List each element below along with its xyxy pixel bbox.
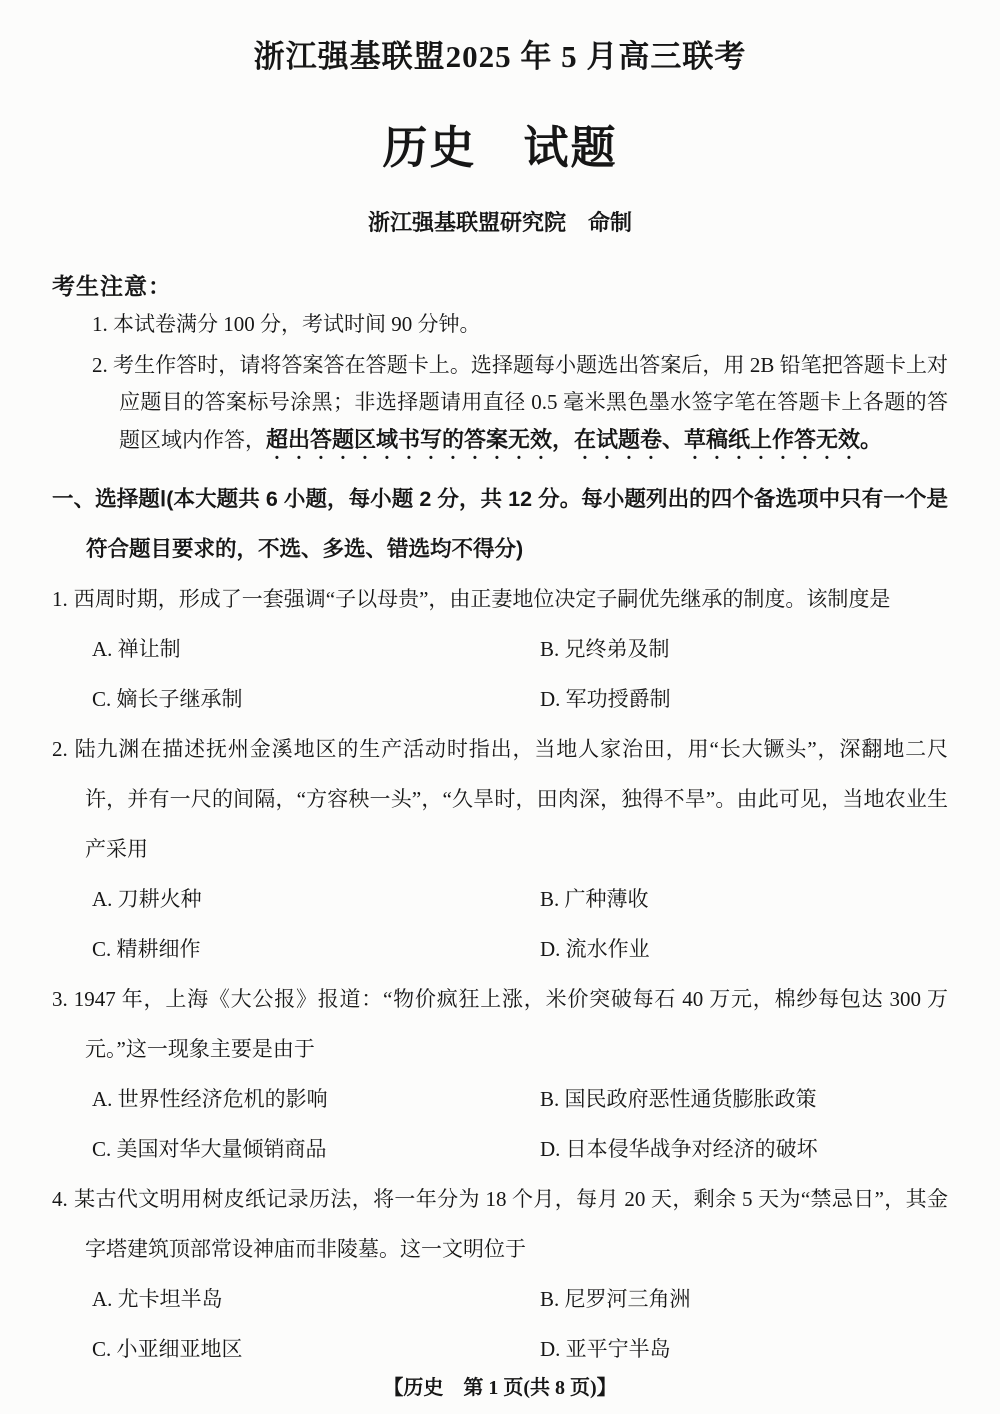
question-2: 2.陆九渊在描述抚州金溪地区的生产活动时指出，当地人家治田，用“长大镢头”，深翻… bbox=[52, 724, 948, 974]
issuer-line: 浙江强基联盟研究院 命制 bbox=[52, 208, 948, 238]
question-4-option-c: C. 小亚细亚地区 bbox=[92, 1324, 540, 1374]
question-3-text: 1947 年，上海《大公报》报道：“物价疯狂上涨，米价突破每石 40 万元，棉纱… bbox=[74, 987, 948, 1061]
question-1-number: 1. bbox=[52, 587, 74, 611]
question-1-option-d: D. 军功授爵制 bbox=[540, 674, 948, 724]
candidate-notice: 考生注意： 1. 本试卷满分 100 分，考试时间 90 分钟。 2. 考生作答… bbox=[52, 270, 948, 464]
subject-title: 历史 试题 bbox=[52, 122, 948, 174]
question-4-option-b: B. 尼罗河三角洲 bbox=[540, 1274, 948, 1324]
notice-item-2: 2. 考生作答时，请将答案答在答题卡上。选择题每小题选出答案后，用 2B 铅笔把… bbox=[92, 347, 948, 464]
question-4-text: 某古代文明用树皮纸记录历法，将一年分为 18 个月，每月 20 天，剩余 5 天… bbox=[74, 1187, 948, 1261]
question-section: 一、选择题Ⅰ(本大题共 6 小题，每小题 2 分，共 12 分。每小题列出的四个… bbox=[52, 474, 948, 1374]
question-4-options: A. 尤卡坦半岛 B. 尼罗河三角洲 C. 小亚细亚地区 D. 亚平宁半岛 bbox=[52, 1274, 948, 1374]
question-3-number: 3. bbox=[52, 987, 74, 1011]
question-1-stem: 1.西周时期，形成了一套强调“子以母贵”，由正妻地位决定子嗣优先继承的制度。该制… bbox=[52, 574, 948, 624]
question-2-option-d: D. 流水作业 bbox=[540, 924, 948, 974]
exam-title: 浙江强基联盟2025 年 5 月高三联考 bbox=[52, 38, 948, 76]
question-3: 3.1947 年，上海《大公报》报道：“物价疯狂上涨，米价突破每石 40 万元，… bbox=[52, 974, 948, 1174]
question-1-text: 西周时期，形成了一套强调“子以母贵”，由正妻地位决定子嗣优先继承的制度。该制度是 bbox=[74, 587, 891, 611]
question-3-options: A. 世界性经济危机的影响 B. 国民政府恶性通货膨胀政策 C. 美国对华大量倾… bbox=[52, 1074, 948, 1174]
question-4-stem: 4.某古代文明用树皮纸记录历法，将一年分为 18 个月，每月 20 天，剩余 5… bbox=[52, 1174, 948, 1274]
question-2-text: 陆九渊在描述抚州金溪地区的生产活动时指出，当地人家治田，用“长大镢头”，深翻地二… bbox=[74, 737, 948, 861]
question-2-stem: 2.陆九渊在描述抚州金溪地区的生产活动时指出，当地人家治田，用“长大镢头”，深翻… bbox=[52, 724, 948, 874]
question-4-number: 4. bbox=[52, 1187, 74, 1211]
question-1-option-b: B. 兄终弟及制 bbox=[540, 624, 948, 674]
question-1: 1.西周时期，形成了一套强调“子以母贵”，由正妻地位决定子嗣优先继承的制度。该制… bbox=[52, 574, 948, 724]
question-2-option-a: A. 刀耕火种 bbox=[92, 874, 540, 924]
question-3-option-b: B. 国民政府恶性通货膨胀政策 bbox=[540, 1074, 948, 1124]
question-2-options: A. 刀耕火种 B. 广种薄收 C. 精耕细作 D. 流水作业 bbox=[52, 874, 948, 974]
question-1-options: A. 禅让制 B. 兄终弟及制 C. 嫡长子继承制 D. 军功授爵制 bbox=[52, 624, 948, 724]
notice-item-2-emphasis: 超出答题区域书写的答案无效，在试题卷、草稿纸上作答无效。 bbox=[266, 427, 882, 452]
question-1-option-c: C. 嫡长子继承制 bbox=[92, 674, 540, 724]
question-2-number: 2. bbox=[52, 737, 74, 761]
question-4-option-a: A. 尤卡坦半岛 bbox=[92, 1274, 540, 1324]
question-2-option-b: B. 广种薄收 bbox=[540, 874, 948, 924]
section-one-heading: 一、选择题Ⅰ(本大题共 6 小题，每小题 2 分，共 12 分。每小题列出的四个… bbox=[52, 474, 948, 574]
question-3-option-a: A. 世界性经济危机的影响 bbox=[92, 1074, 540, 1124]
question-4-option-d: D. 亚平宁半岛 bbox=[540, 1324, 948, 1374]
question-2-option-c: C. 精耕细作 bbox=[92, 924, 540, 974]
page-footer: 【历史 第 1 页(共 8 页)】 bbox=[0, 1374, 1000, 1402]
question-1-option-a: A. 禅让制 bbox=[92, 624, 540, 674]
notice-item-1: 1. 本试卷满分 100 分，考试时间 90 分钟。 bbox=[92, 306, 948, 343]
question-4: 4.某古代文明用树皮纸记录历法，将一年分为 18 个月，每月 20 天，剩余 5… bbox=[52, 1174, 948, 1374]
notice-heading: 考生注意： bbox=[52, 270, 948, 302]
exam-paper-page: 浙江强基联盟2025 年 5 月高三联考 历史 试题 浙江强基联盟研究院 命制 … bbox=[0, 0, 1000, 1414]
question-3-stem: 3.1947 年，上海《大公报》报道：“物价疯狂上涨，米价突破每石 40 万元，… bbox=[52, 974, 948, 1074]
question-3-option-c: C. 美国对华大量倾销商品 bbox=[92, 1124, 540, 1174]
question-3-option-d: D. 日本侵华战争对经济的破坏 bbox=[540, 1124, 948, 1174]
